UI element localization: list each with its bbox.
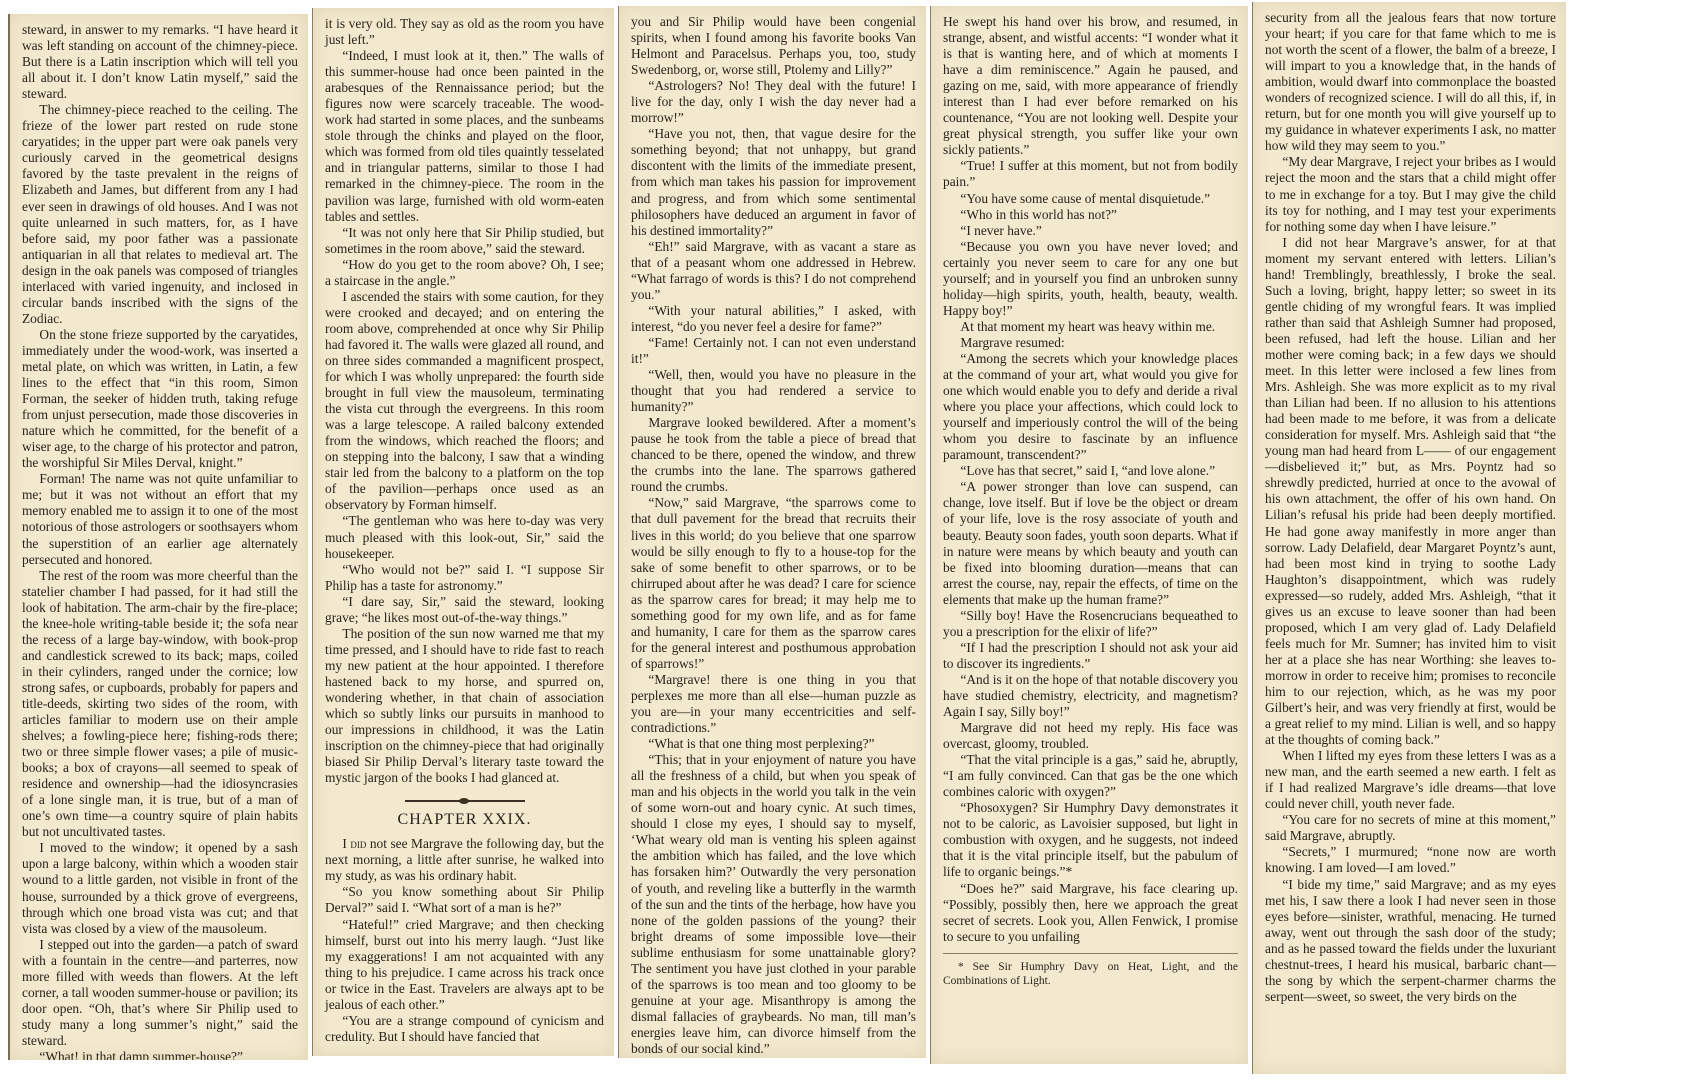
paragraph: “True! I suffer at this moment, but not … <box>943 158 1238 190</box>
paragraph: “My dear Margrave, I reject your bribes … <box>1265 154 1556 234</box>
paragraph: I ascended the stairs with some caution,… <box>325 289 604 514</box>
paragraph: “Hateful!” cried Margrave; and then chec… <box>325 917 604 1013</box>
newspaper-clipping-column-2: it is very old. They say as old as the r… <box>312 8 614 1056</box>
paragraph: “You care for no secrets of mine at this… <box>1265 812 1556 844</box>
footnote: * See Sir Humphry Davy on Heat, Light, a… <box>943 960 1238 988</box>
paragraph: Margrave resumed: <box>943 335 1238 351</box>
paragraph: “The gentleman who was here to-day was v… <box>325 513 604 561</box>
paragraph: When I lifted my eyes from these letters… <box>1265 748 1556 812</box>
newspaper-clipping-column-3: you and Sir Philip would have been conge… <box>618 6 926 1058</box>
paragraph: “Astrologers? No! They deal with the fut… <box>631 78 916 126</box>
paragraph: “What! in that damp summer-house?” <box>22 1049 298 1060</box>
chapter-opening-words: I did <box>342 836 366 851</box>
newspaper-clipping-column-1: steward, in answer to my remarks. “I hav… <box>8 14 308 1060</box>
paragraph: “You have some cause of mental disquietu… <box>943 191 1238 207</box>
paragraph: “Fame! Certainly not. I can not even und… <box>631 335 916 367</box>
paragraph-text: not see Margrave the following day, but … <box>325 836 604 883</box>
paragraph: At that moment my heart was heavy within… <box>943 319 1238 335</box>
paragraph: Margrave did not heed my reply. His face… <box>943 720 1238 752</box>
paragraph: you and Sir Philip would have been conge… <box>631 14 916 78</box>
paragraph: Forman! The name was not quite unfamilia… <box>22 471 298 567</box>
paragraph: “Love has that secret,” said I, “and lov… <box>943 463 1238 479</box>
newspaper-clipping-column-5: security from all the jealous fears that… <box>1252 2 1566 1074</box>
paragraph: Margrave looked bewildered. After a mome… <box>631 415 916 495</box>
paragraph: I moved to the window; it opened by a sa… <box>22 840 298 936</box>
paragraph: I stepped out into the garden—a patch of… <box>22 937 298 1049</box>
paragraph: “Silly boy! Have the Rosencrucians beque… <box>943 608 1238 640</box>
paragraph: “And is it on the hope of that notable d… <box>943 672 1238 720</box>
paragraph: “This; that in your enjoyment of nature … <box>631 752 916 1057</box>
paragraph: “I dare say, Sir,” said the steward, loo… <box>325 594 604 626</box>
paragraph: “I never have.” <box>943 223 1238 239</box>
paragraph: “Margrave! there is one thing in you tha… <box>631 672 916 736</box>
paragraph: “Secrets,” I murmured; “none now are wor… <box>1265 844 1556 876</box>
text-column-5: security from all the jealous fears that… <box>1252 2 1566 1074</box>
paragraph: “With your natural abilities,” I asked, … <box>631 303 916 335</box>
text-column-1: steward, in answer to my remarks. “I hav… <box>8 14 308 1060</box>
paragraph: The chimney-piece reached to the ceiling… <box>22 102 298 327</box>
paragraph: “You are a strange compound of cynicism … <box>325 1013 604 1045</box>
paragraph: “So you know something about Sir Philip … <box>325 884 604 916</box>
paragraph: “Well, then, would you have no pleasure … <box>631 367 916 415</box>
paragraph: “Among the secrets which your knowledge … <box>943 351 1238 463</box>
paragraph: The position of the sun now warned me th… <box>325 626 604 786</box>
paragraph: “Who would not be?” said I. “I suppose S… <box>325 562 604 594</box>
newspaper-clipping-column-4: He swept his hand over his brow, and res… <box>930 6 1248 1064</box>
paragraph: “Phosoxygen? Sir Humphry Davy demonstrat… <box>943 800 1238 880</box>
paragraph: “How do you get to the room above? Oh, I… <box>325 257 604 289</box>
paragraph: “Who in this world has not?” <box>943 207 1238 223</box>
paragraph: “That the vital principle is a gas,” sai… <box>943 752 1238 800</box>
paragraph: “A power stronger than love can suspend,… <box>943 479 1238 607</box>
paragraph: “Indeed, I must look at it, then.” The w… <box>325 48 604 225</box>
paragraph: “Have you not, then, that vague desire f… <box>631 126 916 238</box>
paragraph: I did not see Margrave the following day… <box>325 836 604 884</box>
paragraph: “If I had the prescription I should not … <box>943 640 1238 672</box>
chapter-heading: CHAPTER XXIX. <box>325 812 604 828</box>
paragraph: “Now,” said Margrave, “the sparrows come… <box>631 495 916 672</box>
paragraph: it is very old. They say as old as the r… <box>325 16 604 48</box>
paragraph: steward, in answer to my remarks. “I hav… <box>22 22 298 102</box>
paragraph: “It was not only here that Sir Philip st… <box>325 225 604 257</box>
paragraph: “What is that one thing most perplexing?… <box>631 736 916 752</box>
paragraph: On the stone frieze supported by the car… <box>22 327 298 471</box>
paragraph: “Our kind—your kind, possibly! But I—” <box>631 1057 916 1058</box>
paragraph: He swept his hand over his brow, and res… <box>943 14 1238 158</box>
text-column-3: you and Sir Philip would have been conge… <box>618 6 926 1058</box>
paragraph: “I bide my time,” said Margrave; and as … <box>1265 877 1556 1005</box>
paragraph: security from all the jealous fears that… <box>1265 10 1556 154</box>
paragraph: “Does he?” said Margrave, his face clear… <box>943 881 1238 945</box>
paragraph: “Eh!” said Margrave, with as vacant a st… <box>631 239 916 303</box>
paragraph: “Because you own you have never loved; a… <box>943 239 1238 319</box>
ornamental-divider <box>405 800 525 802</box>
paragraph: I did not hear Margrave’s answer, for at… <box>1265 235 1556 749</box>
text-column-4: He swept his hand over his brow, and res… <box>930 6 1248 1064</box>
footnote-divider <box>943 953 1238 954</box>
text-column-2: it is very old. They say as old as the r… <box>312 8 614 1056</box>
paragraph: The rest of the room was more cheerful t… <box>22 568 298 841</box>
